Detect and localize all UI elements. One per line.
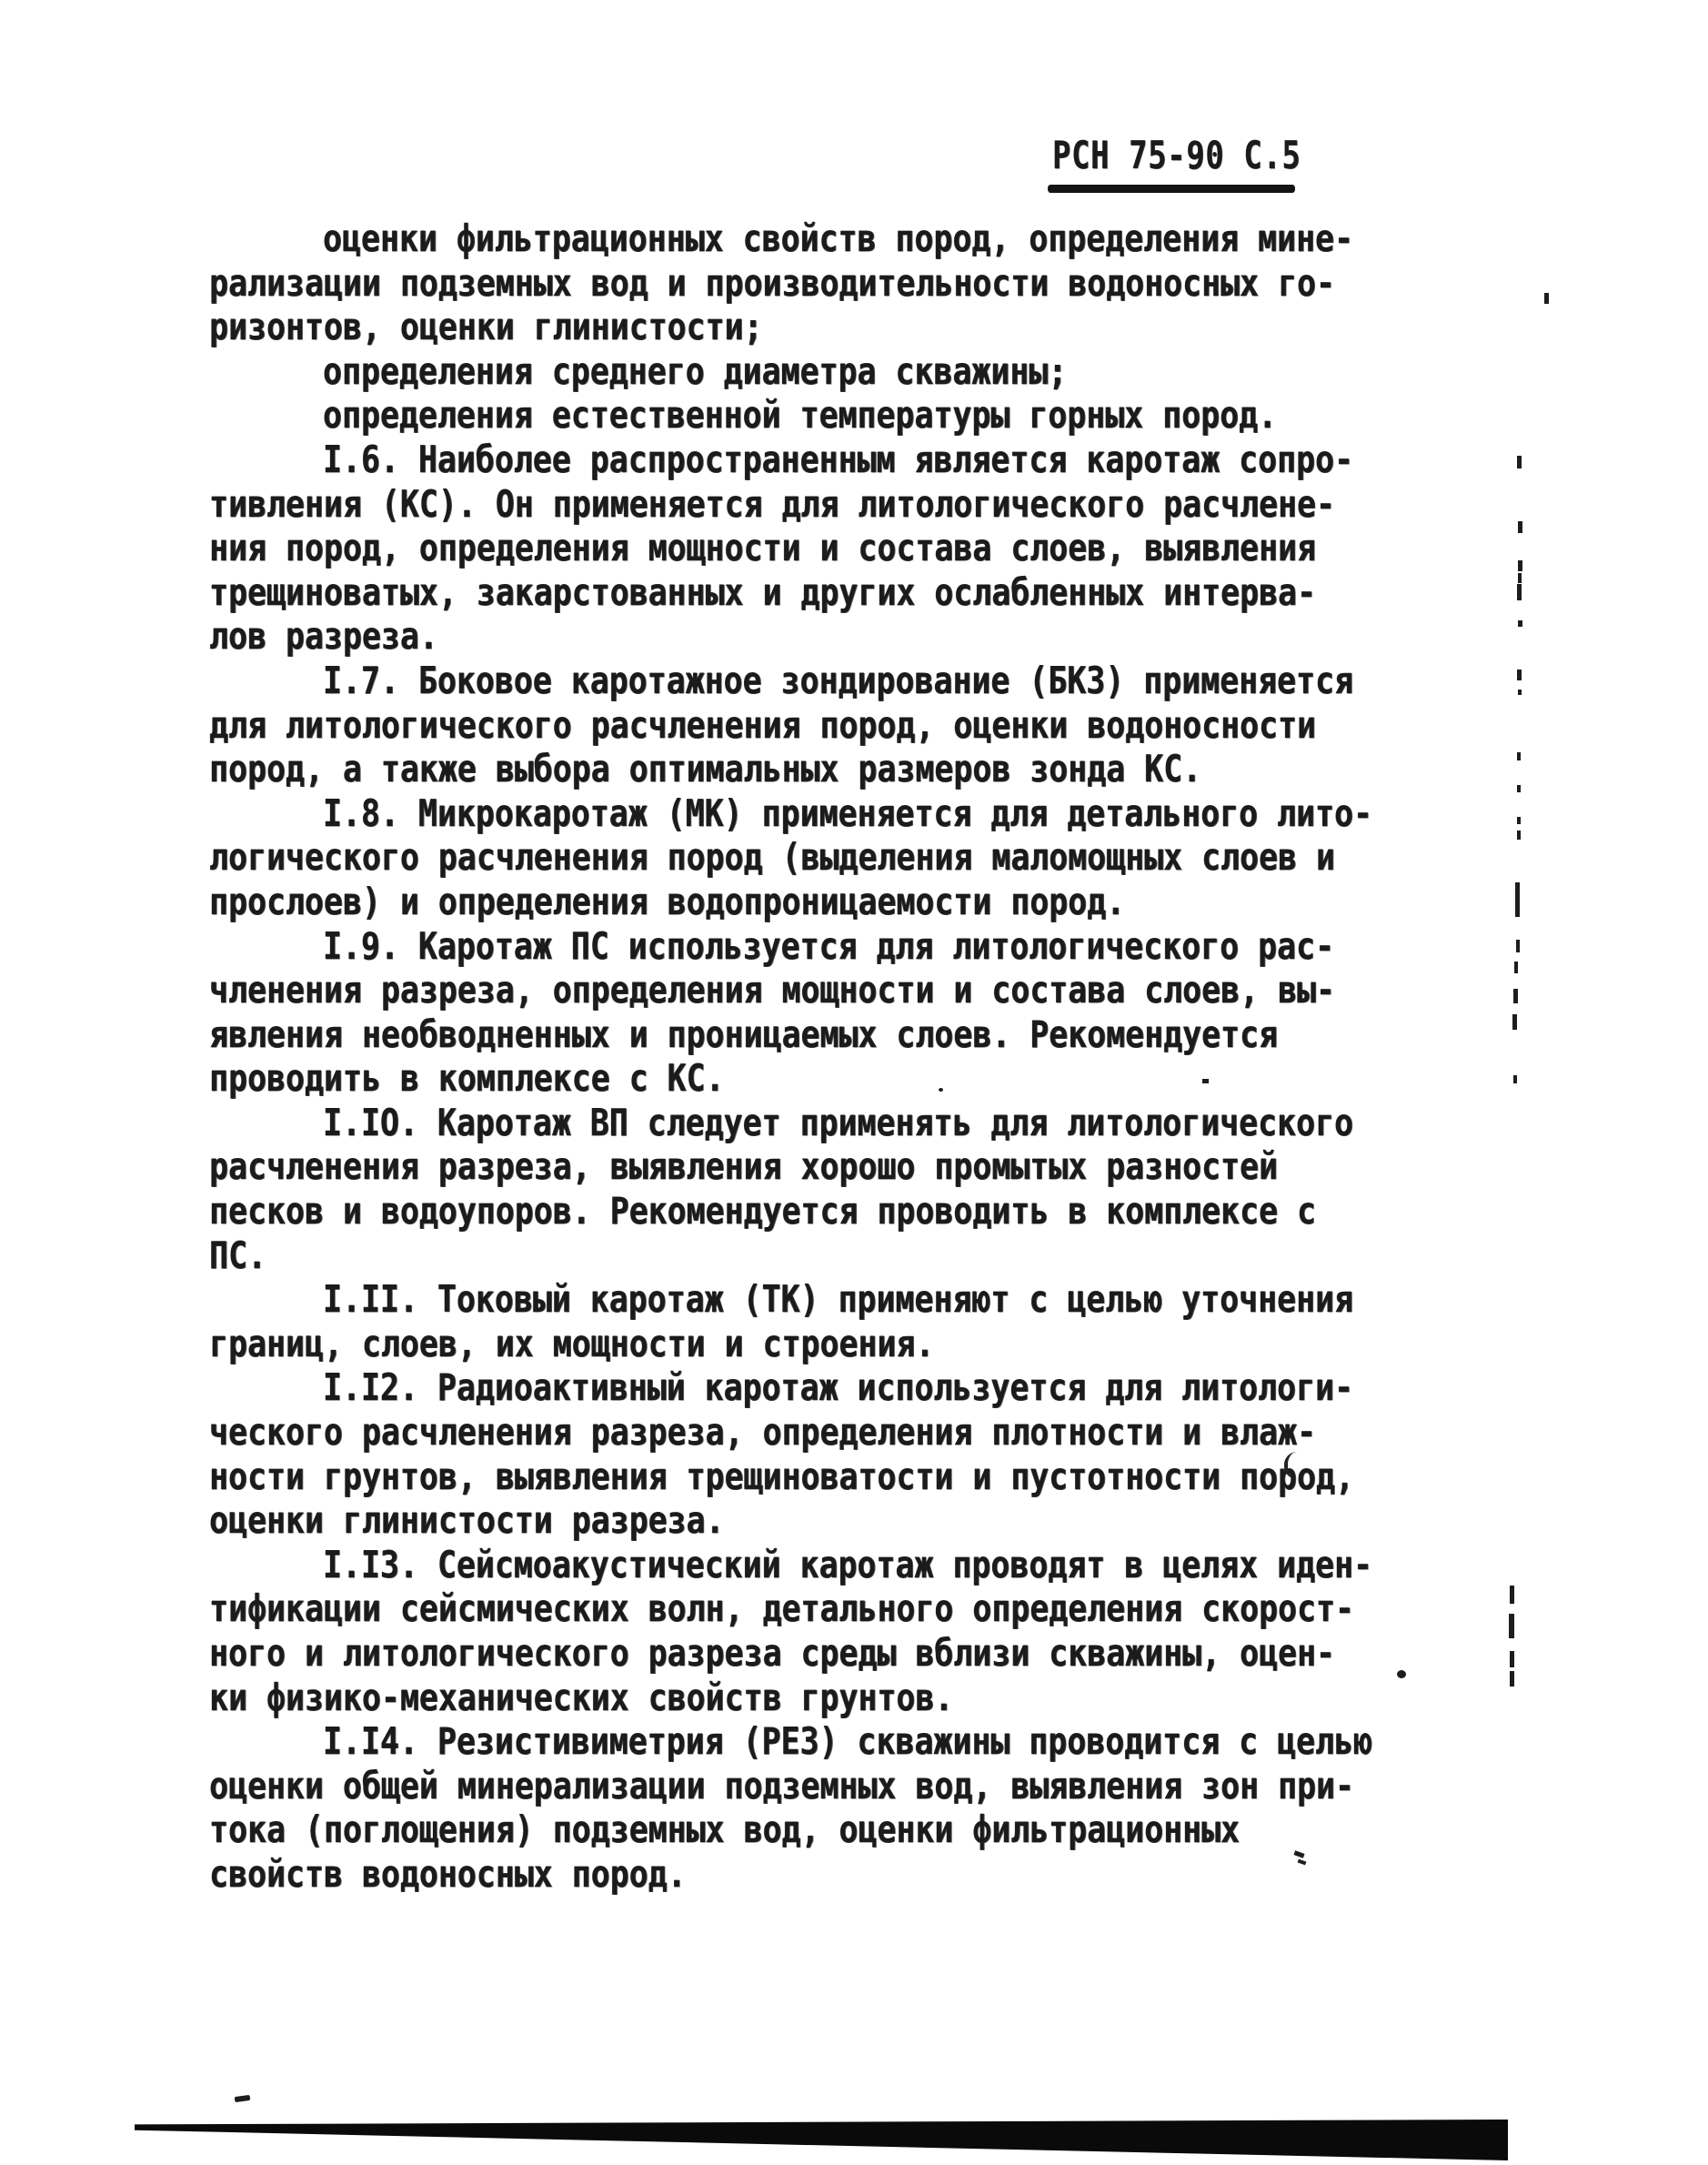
text-line: расчленения разреза, выявления хорошо пр… bbox=[209, 1144, 1361, 1189]
text-line: ности грунтов, выявления трещиноватости … bbox=[209, 1455, 1361, 1499]
scan-artifact bbox=[1518, 521, 1522, 533]
doc-code-header: РСН 75-90 С.5 bbox=[1052, 135, 1301, 176]
scan-artifact bbox=[1510, 1586, 1514, 1604]
scan-artifact bbox=[1513, 989, 1518, 1003]
text-line: лов разреза. bbox=[209, 614, 1361, 659]
text-line: I.IO. Каротаж ВП следует применять для л… bbox=[209, 1101, 1361, 1145]
scan-artifact bbox=[1517, 831, 1521, 840]
scan-artifact bbox=[1512, 1014, 1517, 1030]
text-line: определения среднего диаметра скважины; bbox=[209, 349, 1361, 394]
scan-artifact bbox=[1397, 1670, 1406, 1678]
scan-artifact bbox=[939, 1088, 943, 1092]
text-line: тивления (КС). Он применяется для литоло… bbox=[209, 482, 1361, 527]
text-line: ПС. bbox=[209, 1234, 1361, 1278]
text-line: I.I2. Радиоактивный каротаж используется… bbox=[209, 1365, 1361, 1410]
scan-artifact bbox=[1518, 573, 1522, 583]
text-line: тификации сейсмических волн, детального … bbox=[209, 1586, 1361, 1631]
text-line: для литологического расчленения пород, о… bbox=[209, 703, 1361, 748]
scan-artifact bbox=[235, 2095, 251, 2102]
text-line: рализации подземных вод и производительн… bbox=[209, 261, 1361, 306]
scan-artifact bbox=[1509, 1614, 1514, 1638]
scan-artifact bbox=[1518, 560, 1522, 571]
scan-artifact bbox=[1517, 670, 1522, 680]
text-line: свойств водоносных пород. bbox=[209, 1852, 1361, 1897]
text-line: I.I4. Резистивиметрия (РЕЗ) скважины про… bbox=[209, 1719, 1361, 1764]
scan-artifact bbox=[1510, 1671, 1514, 1687]
scan-artifact bbox=[1544, 293, 1549, 304]
scan-artifact bbox=[1514, 962, 1518, 973]
text-line: проводить в комплексе с КС. bbox=[209, 1056, 1361, 1101]
scan-artifact bbox=[1513, 1075, 1517, 1083]
scan-artifact bbox=[1517, 584, 1522, 600]
text-line: оценки глинистости разреза. bbox=[209, 1498, 1361, 1543]
text-line: определения естественной температуры гор… bbox=[209, 393, 1361, 438]
text-line: I.I3. Сейсмоакустический каротаж проводя… bbox=[209, 1543, 1361, 1587]
text-line: логического расчленения пород (выделения… bbox=[209, 835, 1361, 880]
text-line: явления необводненных и проницаемых слое… bbox=[209, 1012, 1361, 1057]
text-line: оценки общей минерализации подземных вод… bbox=[209, 1764, 1361, 1808]
text-line: I.7. Боковое каротажное зондирование (БК… bbox=[209, 659, 1361, 703]
scan-artifact bbox=[1510, 1651, 1514, 1667]
text-line: прослоев) и определения водопроницаемост… bbox=[209, 880, 1361, 924]
scanned-document-page: РСН 75-90 С.5 оценки фильтрационных свой… bbox=[0, 0, 1708, 2165]
text-line: границ, слоев, их мощности и строения. bbox=[209, 1322, 1361, 1366]
text-line: песков и водоупоров. Рекомендуется прово… bbox=[209, 1189, 1361, 1234]
text-line: ризонтов, оценки глинистости; bbox=[209, 305, 1361, 349]
text-line: тока (поглощения) подземных вод, оценки … bbox=[209, 1808, 1361, 1852]
text-line: трещиноватых, закарстованных и других ос… bbox=[209, 570, 1361, 615]
scan-artifact bbox=[1517, 817, 1521, 824]
text-line: ки физико-механических свойств грунтов. bbox=[209, 1676, 1361, 1720]
text-line: I.9. Каротаж ПС используется для литолог… bbox=[209, 924, 1361, 969]
text-line: пород, а также выбора оптимальных размер… bbox=[209, 747, 1361, 791]
text-line: I.II. Токовый каротаж (ТК) применяют с ц… bbox=[209, 1277, 1361, 1322]
text-line: ческого расчленения разреза, определения… bbox=[209, 1410, 1361, 1455]
scan-artifact bbox=[1515, 882, 1520, 917]
scan-artifact bbox=[1202, 1079, 1209, 1083]
text-line: оценки фильтрационных свойств пород, опр… bbox=[209, 216, 1361, 261]
scan-artifact bbox=[1517, 785, 1521, 792]
text-line: I.6. Наиболее распространенным является … bbox=[209, 438, 1361, 482]
scan-artifact bbox=[1517, 752, 1521, 760]
scan-artifact bbox=[1518, 620, 1522, 627]
scan-artifact bbox=[1516, 940, 1520, 952]
document-body: оценки фильтрационных свойств пород, опр… bbox=[209, 216, 1361, 1897]
text-line: ния пород, определения мощности и состав… bbox=[209, 526, 1361, 570]
text-line: I.8. Микрокаротаж (МК) применяется для д… bbox=[209, 791, 1361, 836]
text-line: членения разреза, определения мощности и… bbox=[209, 968, 1361, 1012]
text-line: ного и литологического разреза среды вбл… bbox=[209, 1631, 1361, 1676]
doc-code-underline bbox=[1048, 185, 1295, 193]
scan-artifact bbox=[1518, 690, 1522, 695]
scan-artifact bbox=[1517, 456, 1522, 468]
scan-edge-bar bbox=[135, 2120, 1508, 2160]
